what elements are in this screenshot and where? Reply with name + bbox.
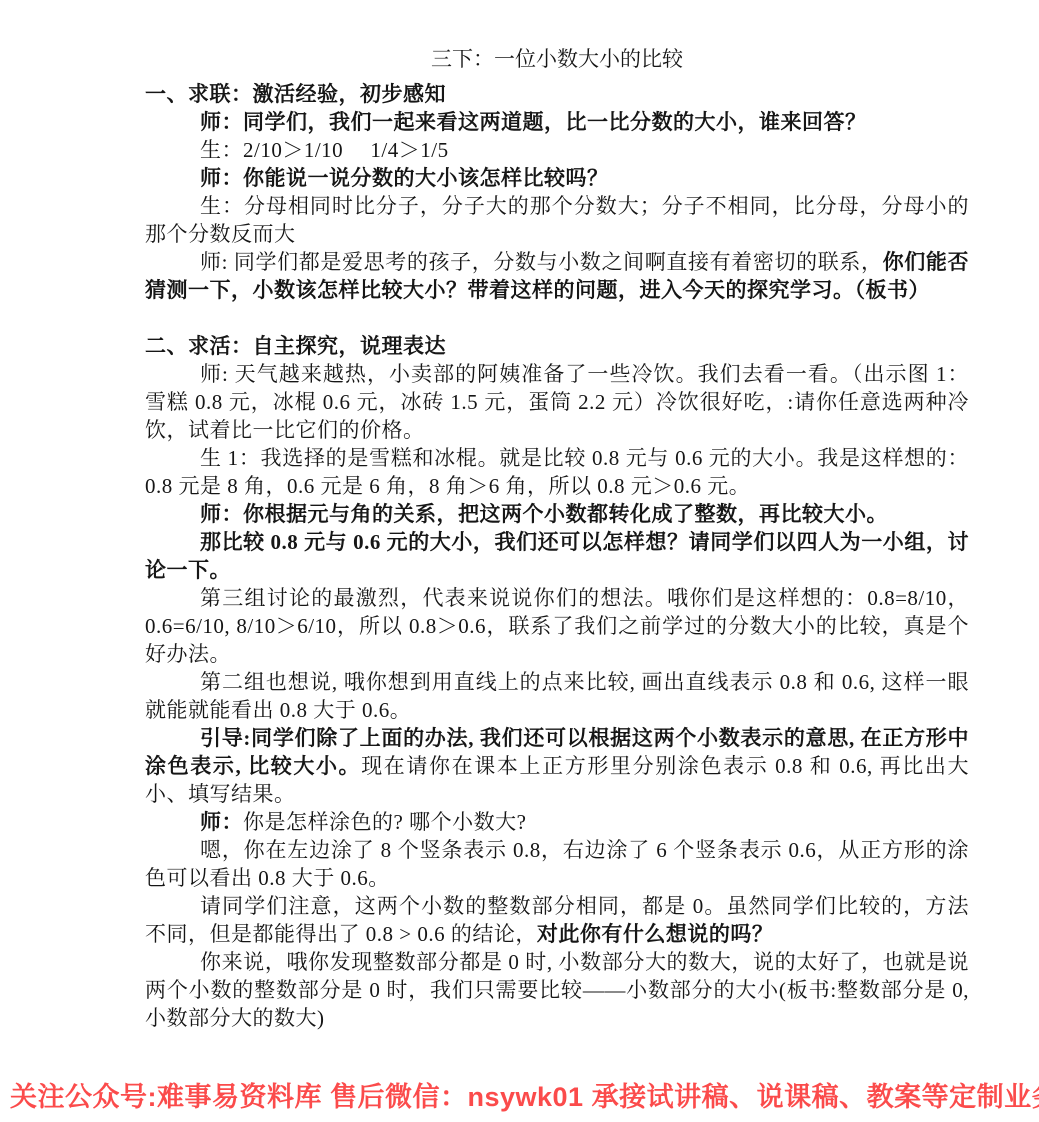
student-answer-fractions: 生：2/10＞1/10 1/4＞1/5 [145, 136, 969, 164]
teacher-scenario-line: 师: 天气越来越热，小卖部的阿姨准备了一些冷饮。我们去看一看。（出示图 1：雪糕… [145, 360, 969, 444]
student-answer-rule: 生：分母相同时比分子，分子大的那个分数大；分子不相同，比分母，分母小的那个分数反… [145, 192, 969, 248]
paragraph-run: 师: 同学们都是爱思考的孩子，分数与小数之间啊直接有着密切的联系， [200, 250, 883, 274]
document-body: 三下：一位小数大小的比较 一、求联：激活经验，初步感知 师：同学们，我们一起来看… [0, 0, 1039, 1032]
teacher-transition-line: 师: 同学们都是爱思考的孩子，分数与小数之间啊直接有着密切的联系，你们能否猜测一… [145, 248, 969, 304]
paragraph-run-bold: 对此你有什么想说的吗？ [537, 922, 774, 946]
teacher-attention-line: 请同学们注意，这两个小数的整数部分相同，都是 0。虽然同学们比较的，方法不同，但… [145, 892, 969, 948]
student1-answer-line: 生 1：我选择的是雪糕和冰棍。就是比较 0.8 元与 0.6 元的大小。我是这样… [145, 444, 969, 500]
doc-title: 三下：一位小数大小的比较 [145, 44, 969, 74]
teacher-question-compare-fractions: 师：你能说一说分数的大小该怎样比较吗？ [145, 164, 969, 192]
group3-discussion-line: 第三组讨论的最激烈，代表来说说你们的想法。哦你们是这样想的：0.8=8/10，0… [145, 584, 969, 668]
section-2-heading: 二、求活：自主探究，说理表达 [145, 332, 969, 360]
teacher-coloring-feedback: 嗯，你在左边涂了 8 个竖条表示 0.8，右边涂了 6 个竖条表示 0.6，从正… [145, 836, 969, 892]
teacher-group-task: 那比较 0.8 元与 0.6 元的大小，我们还可以怎样想？请同学们以四人为一小组… [145, 528, 969, 584]
paragraph-run-bold: 师： [200, 810, 243, 834]
document-page: 三下：一位小数大小的比较 一、求联：激活经验，初步感知 师：同学们，我们一起来看… [0, 0, 1039, 1122]
promo-footer-banner: 关注公众号:难事易资料库 售后微信：nsywk01 承接试讲稿、说课稿、教案等定… [10, 1075, 1035, 1114]
blank-line [145, 304, 969, 332]
teacher-line-intro: 师：同学们，我们一起来看这两道题，比一比分数的大小，谁来回答？ [145, 108, 969, 136]
teacher-feedback-conversion: 师：你根据元与角的关系，把这两个小数都转化成了整数，再比较大小。 [145, 500, 969, 528]
section-1-heading: 一、求联：激活经验，初步感知 [145, 80, 969, 108]
paragraph-run: 你是怎样涂色的? 哪个小数大? [243, 810, 526, 834]
guide-coloring-line: 引导:同学们除了上面的办法, 我们还可以根据这两个小数表示的意思, 在正方形中涂… [145, 724, 969, 808]
teacher-coloring-question: 师：你是怎样涂色的? 哪个小数大? [145, 808, 969, 836]
group2-discussion-line: 第二组也想说, 哦你想到用直线上的点来比较, 画出直线表示 0.8 和 0.6,… [145, 668, 969, 724]
teacher-summary-line: 你来说，哦你发现整数部分都是 0 时, 小数部分大的数大，说的太好了，也就是说两… [145, 948, 969, 1032]
